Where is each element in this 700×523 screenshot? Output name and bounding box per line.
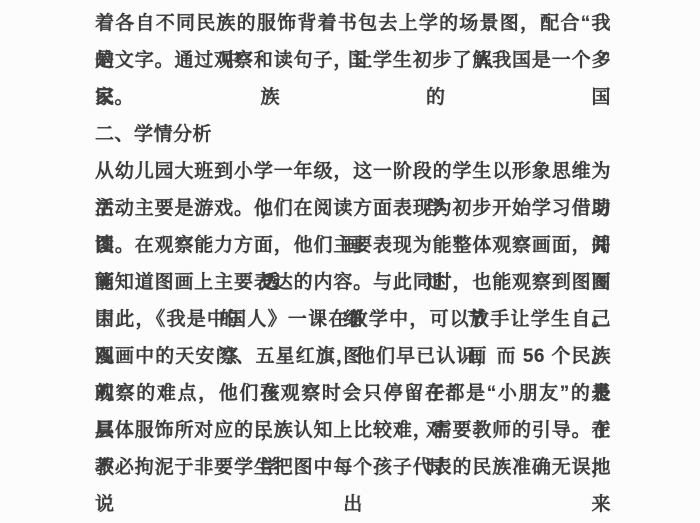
- text-line: 因此，《我是中国人》一课在教学中，可以放手让学生自己观察图画。: [95, 301, 611, 338]
- scanned-document-page: 着各自不同民族的服饰背着书包去上学的场景图，配合“我是中国人”的文字。通过观察和…: [0, 0, 700, 470]
- text-line: 着各自不同民族的服饰背着书包去上学的场景图，配合“我是中国人”: [95, 5, 611, 42]
- text-line: 图画中的天安门、五星红旗，他们早已认识，而 56 个民族的孩子是: [95, 338, 611, 375]
- section-heading: 二、学情分析: [95, 116, 611, 153]
- text-line: 画知道图画上主要表达的内容。与此同时，也能观察到图画中的细节。: [95, 264, 611, 301]
- text-line: 读。在观察能力方面，他们主要表现为能整体观察画面，并能透过图: [95, 227, 611, 264]
- text-line: 观察的难点，他们在观察时会只停留在都是“小朋友”的表层，对于: [95, 375, 611, 412]
- text-line: 从幼儿园大班到小学一年级，这一阶段的学生以形象思维为主，学习: [95, 153, 611, 190]
- text-line: 的文字。通过观察和读句子，让学生初步了解我国是一个多民族的国: [95, 42, 611, 79]
- text-line: 活动主要是游戏。他们在阅读方面表现为初步开始学习借助图画阅: [95, 190, 611, 227]
- document-viewport: { "document": { "kind_label": "扫描文档页", "…: [0, 0, 700, 470]
- text-line: 不必拘泥于非要学生把图中每个孩子代表的民族准确无误地说出来: [95, 449, 611, 470]
- text-line: 具体服饰所对应的民族认知上比较难，需要教师的引导。在教学时，: [95, 412, 611, 449]
- text-block: 着各自不同民族的服饰背着书包去上学的场景图，配合“我是中国人”的文字。通过观察和…: [95, 5, 611, 470]
